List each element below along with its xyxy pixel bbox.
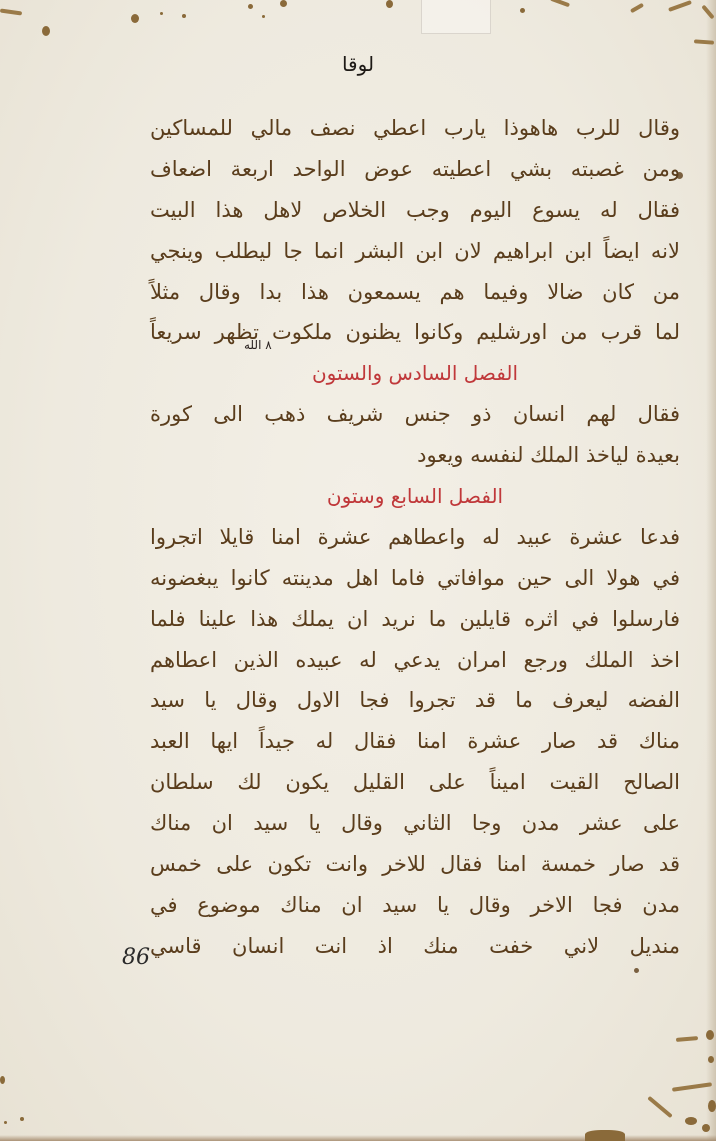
text-line: فارسلوا في اثره قايلين ما نريد ان يملك ه… (150, 599, 680, 640)
wormhole-stain (131, 14, 139, 23)
wormhole-stain (280, 0, 287, 7)
wormtrail-stain (676, 1036, 698, 1042)
text-line: ومن غصبته بشي اعطيته عوض الواحد اربعة اض… (150, 149, 680, 190)
wormhole-stain (702, 1124, 710, 1132)
wormtrail-stain (550, 0, 570, 7)
wormtrail-stain (668, 0, 692, 12)
text-line: مناك قد صار عشرة امنا فقال له جيداً ايها… (150, 721, 680, 762)
text-line: قد صار خمسة امنا فقال للاخر وانت تكون عل… (150, 844, 680, 885)
wormhole-stain (182, 14, 186, 18)
conservation-tape (421, 0, 491, 34)
wormhole-stain (708, 1100, 716, 1112)
wormhole-stain (708, 1056, 714, 1063)
text-line: على عشر مدن وجا الثاني وقال يا سيد ان من… (150, 803, 680, 844)
wormtrail-stain (630, 3, 644, 13)
folio-number: 86 (122, 945, 150, 970)
chapter-heading-66: الفصل السادس والستون (150, 353, 680, 394)
text-line: مدن فجا الاخر وقال يا سيد ان مناك موضوع … (150, 885, 680, 926)
text-line: الصالح القيت اميناً على القليل يكون لك س… (150, 762, 680, 803)
wormtrail-stain (647, 1096, 673, 1118)
wormhole-stain (706, 1030, 714, 1040)
text-line: من كان ضالا وفيما هم يسمعون هذا بدا وقال… (150, 272, 680, 313)
manuscript-text-block: وقال للرب هاهوذا يارب اعطي نصف مالي للمس… (150, 108, 680, 967)
wormhole-stain (585, 1130, 625, 1141)
wormhole-stain (248, 4, 253, 9)
wormhole-stain (685, 1117, 697, 1125)
text-line: في هولا الى حين موافاتي فاما اهل مدينته … (150, 558, 680, 599)
chapter-heading-67: الفصل السابع وستون (150, 476, 680, 517)
wormtrail-stain (0, 8, 22, 15)
wormhole-stain (42, 26, 50, 36)
text-line: الفضه ليعرف ما قد تجروا فجا الاول وقال ي… (150, 680, 680, 721)
wormhole-stain (20, 1117, 24, 1121)
wormhole-stain (520, 8, 525, 13)
wormhole-stain (4, 1121, 7, 1124)
running-head-luke: لوقا (0, 52, 716, 76)
page-edge-right (706, 0, 716, 1141)
wormhole-stain (160, 12, 163, 15)
margin-dot (634, 968, 639, 973)
wormhole-stain (0, 1076, 5, 1084)
text-line: فقال لهم انسان ذو جنس شريف ذهب الى كورة (150, 394, 680, 435)
text-line: فقال له يسوع اليوم وجب الخلاص لاهل هذا ا… (150, 190, 680, 231)
text-line: لما قرب من اورشليم وكانوا يظنون ملكوت تظ… (150, 312, 680, 353)
wormhole-stain (386, 0, 393, 8)
text-line: لانه ايضاً ابن ابراهيم لان ابن البشر انم… (150, 231, 680, 272)
wormtrail-stain (694, 39, 714, 44)
wormhole-stain (262, 15, 265, 18)
text-line: وقال للرب هاهوذا يارب اعطي نصف مالي للمس… (150, 108, 680, 149)
text-line: منديل لاني خفت منك اذ انت انسان قاسي (150, 926, 680, 967)
text-line: فدعا عشرة عبيد له واعطاهم عشرة امنا قايل… (150, 517, 680, 558)
text-line: بعيدة لياخذ الملك لنفسه ويعود (150, 435, 680, 476)
manuscript-page: لوقا ٨ الله وقال للرب هاهوذا يارب اعطي ن… (0, 0, 716, 1141)
text-line: اخذ الملك ورجع امران يدعي له عبيده الذين… (150, 640, 680, 681)
